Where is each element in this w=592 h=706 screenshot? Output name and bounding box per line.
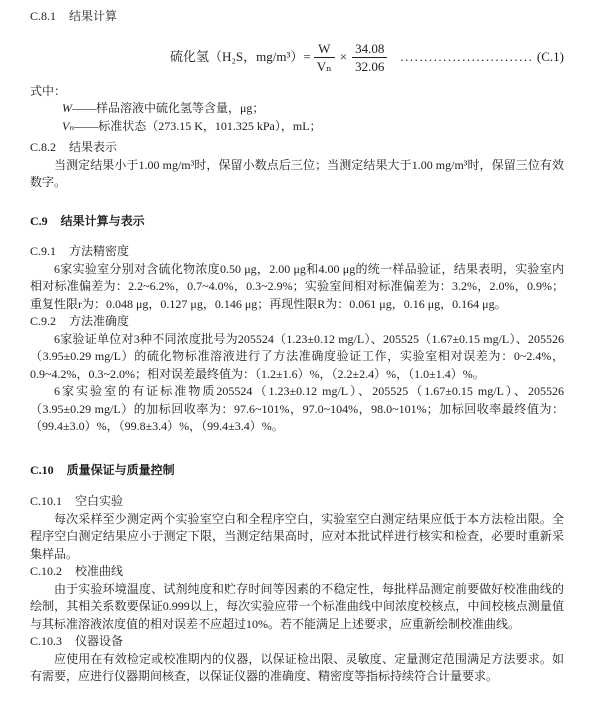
section-title: 校准曲线	[75, 564, 123, 578]
section-title: 方法精密度	[69, 244, 129, 258]
section-heading-c9-2: C.9.2方法准确度	[30, 313, 564, 331]
section-number: C.8.2	[30, 139, 56, 157]
fraction-denominator: 32.06	[352, 57, 387, 74]
formula-lhs: 硫化氢（H₂S，mg/m³）=	[170, 48, 311, 66]
fraction-numerator: W	[315, 41, 333, 57]
symbol-definition-vn: Vₙ——标准状态（273.15 K，101.325 kPa），mL；	[62, 118, 564, 136]
paragraph-c9-2-accuracy: 6家验证单位对3种不同浓度批号为205524（1.23±0.12 mg/L）、2…	[30, 331, 564, 384]
section-number: C.9	[30, 213, 48, 231]
symbol-term: W	[62, 101, 72, 115]
document-page: C.8.1结果计算 硫化氢（H₂S，mg/m³）= W Vₙ × 34.08 3…	[0, 0, 592, 706]
section-heading-c8-1: C.8.1结果计算	[30, 8, 564, 26]
fraction-numerator: 34.08	[352, 41, 387, 57]
section-number: C.9.2	[30, 313, 56, 331]
section-heading-c10-2: C.10.2校准曲线	[30, 563, 564, 581]
paragraph-c10-1: 每次采样至少测定两个实验室空白和全程序空白，实验室空白测定结果应低于本方法检出限…	[30, 511, 564, 564]
section-heading-c9-1: C.9.1方法精密度	[30, 243, 564, 261]
section-title: 结果表示	[69, 140, 117, 154]
section-heading-c8-2: C.8.2结果表示	[30, 139, 564, 157]
paragraph-c9-2-recovery: 6家实验室的有证标准物质205524（1.23±0.12 mg/L）、20552…	[30, 383, 564, 436]
section-title: 结果计算与表示	[61, 214, 145, 228]
symbol-term: Vₙ	[62, 119, 74, 133]
section-number: C.10	[30, 462, 54, 480]
section-heading-c10-3: C.10.3仪器设备	[30, 633, 564, 651]
paragraph-c10-2: 由于实验环境温度、试剂纯度和贮存时间等因素的不稳定性，每批样品测定前要做好校准曲…	[30, 581, 564, 634]
section-number: C.10.1	[30, 493, 62, 511]
paragraph-c10-3: 应使用在有效检定或校准期内的仪器，以保证检出限、灵敏度、定量测定范围满足方法要求…	[30, 651, 564, 686]
definition-text: 标准状态（273.15 K，101.325 kPa），mL；	[98, 119, 321, 133]
section-title: 空白实验	[75, 494, 123, 508]
multiplication-sign: ×	[340, 48, 347, 66]
section-heading-c9: C.9结果计算与表示	[30, 213, 564, 231]
section-number: C.8.1	[30, 8, 56, 26]
section-heading-c10: C.10质量保证与质量控制	[30, 462, 564, 480]
formula-dot-leader: ........................................…	[400, 48, 531, 66]
fraction-molar-mass-ratio: 34.08 32.06	[352, 41, 387, 74]
section-number: C.10.3	[30, 633, 62, 651]
paragraph-c9-1: 6家实验室分别对含硫化物浓度0.50 μg，2.00 μg和4.00 μg的统一…	[30, 261, 564, 314]
section-title: 结果计算	[69, 9, 117, 23]
definition-text: 样品溶液中硫化氢等含量，μg；	[96, 101, 264, 115]
paragraph-c8-2: 当测定结果小于1.00 mg/m³时，保留小数点后三位；当测定结果大于1.00 …	[30, 157, 564, 192]
section-title: 方法准确度	[69, 314, 129, 328]
definition-dash: ——	[74, 119, 98, 133]
definition-dash: ——	[72, 101, 96, 115]
section-number: C.10.2	[30, 563, 62, 581]
equation-label: (C.1)	[537, 48, 564, 66]
section-number: C.9.1	[30, 243, 56, 261]
fraction-w-over-vn: W Vₙ	[314, 41, 335, 74]
section-heading-c10-1: C.10.1空白实验	[30, 493, 564, 511]
section-title: 仪器设备	[75, 634, 123, 648]
fraction-denominator: Vₙ	[314, 57, 335, 74]
where-intro: 式中：	[30, 83, 564, 101]
section-title: 质量保证与质量控制	[67, 463, 175, 477]
formula-c1: 硫化氢（H₂S，mg/m³）= W Vₙ × 34.08 32.06 .....…	[170, 38, 564, 77]
symbol-definition-w: W——样品溶液中硫化氢等含量，μg；	[62, 100, 564, 118]
